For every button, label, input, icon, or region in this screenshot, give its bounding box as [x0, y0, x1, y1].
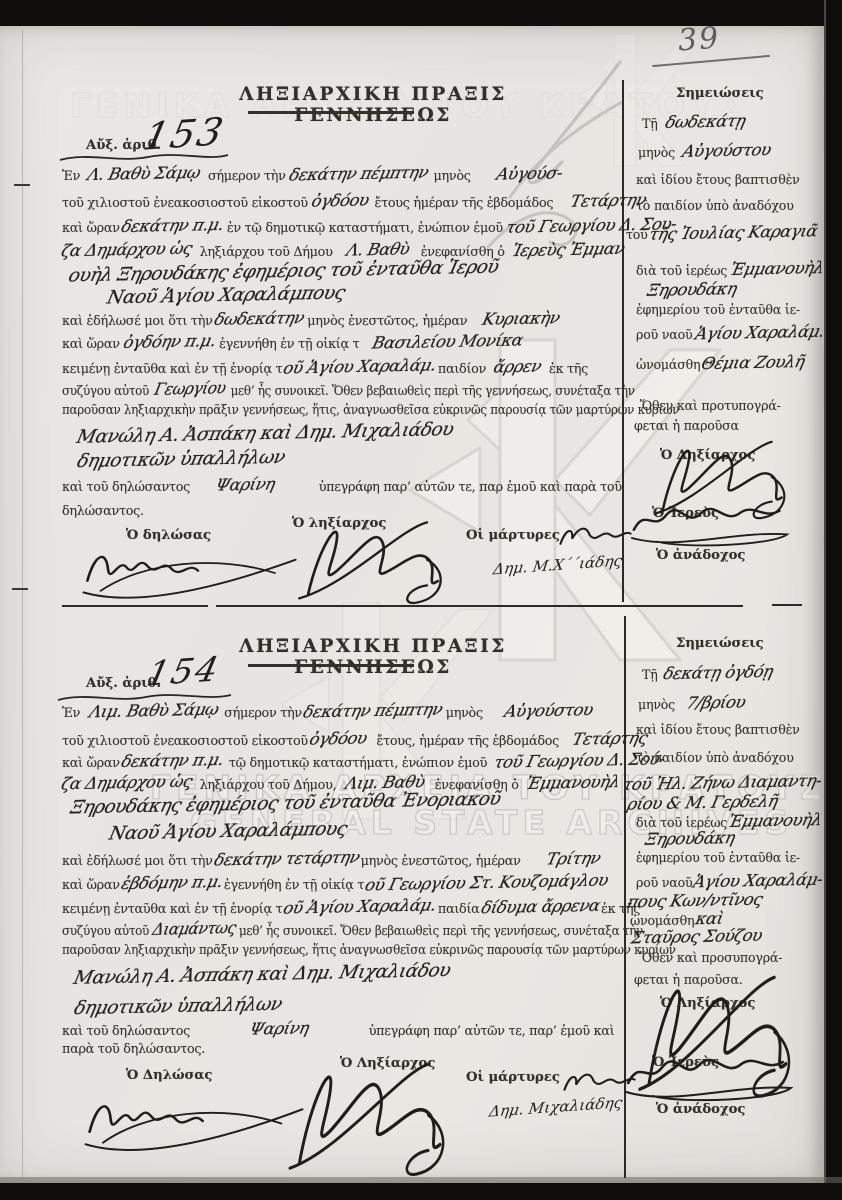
- printed-text: παρὰ τοῦ δηλώσαντος.: [62, 1042, 205, 1057]
- handwritten-text: δημοτικῶν ὑπαλλήλων: [72, 994, 284, 1019]
- notes-line: ἐφημερίου τοῦ ἐνταῦθα ἱε-: [636, 850, 800, 865]
- handwritten-text: Ναοῦ Ἁγίου Χαραλάμπους: [105, 283, 347, 309]
- handwritten-text: Ἁγίου Χαραλάμ.: [694, 322, 827, 344]
- serial-underline-squiggle: [56, 690, 236, 706]
- printed-text: ροῦ ναοῦ: [636, 875, 692, 890]
- handwritten-text: Κυριακὴν: [481, 308, 562, 329]
- pencil-page-number: 39: [677, 21, 722, 59]
- handwritten-text: Ψαρίνη: [248, 1018, 311, 1038]
- declarant-label: Ὁ Δηλώσας: [126, 1068, 212, 1083]
- printed-text: ἐκ τῆς: [549, 362, 588, 377]
- handwritten-text: Σταῦρος Σούζου: [630, 926, 765, 948]
- printed-text: μηνὸς ἐνεστῶτος, ἡμέραν: [307, 314, 467, 329]
- notes-line: Σταῦρος Σούζου: [632, 928, 762, 947]
- handwritten-text: ἑβδόμην π.μ.: [119, 872, 224, 893]
- record-divider-dash: [772, 604, 802, 606]
- handwritten-text: Διαμάντως: [150, 918, 237, 939]
- handwritten-text: Αὐγούστου: [681, 140, 773, 161]
- form-line: Μανώλη Α. Ἀσπάκη καὶ Δημ. Μιχαλιάδου: [78, 424, 638, 445]
- binding-mark: [12, 588, 28, 590]
- handwritten-text: Λ. Βαθὺ Σάμῳ: [86, 163, 203, 184]
- handwritten-text: οῦ Ἁγίου Χαραλάμ.: [282, 355, 439, 377]
- notes-priest-signature: [622, 1048, 797, 1103]
- printed-text: συζύγου αὐτοῦ: [62, 924, 149, 939]
- printed-text: μηνὸς: [638, 697, 675, 712]
- printed-text: τοῦ: [626, 227, 648, 242]
- registrar-signature: [282, 1050, 477, 1180]
- printed-text: διὰ τοῦ ἱερέως: [636, 263, 727, 278]
- printed-text: παροῦσαν ληξιαρχικὴν πρᾶξιν γεννήσεως, ἥ…: [62, 403, 679, 418]
- form-line: κειμένῃ ἐνταῦθα καὶ ἐν τῇ ἐνορίᾳ τοῦ Ἁγί…: [62, 358, 622, 377]
- printed-text: σήμερον τὴν: [208, 169, 286, 184]
- printed-text: ληξιάρχου τοῦ Δήμου,: [200, 778, 337, 793]
- handwritten-text: τῆς Ἰουλίας Καραγιᾶ: [647, 221, 819, 243]
- printed-text: καὶ τοῦ δηλώσαντος: [62, 480, 190, 495]
- notes-line: τοῦ Ἠλ. Ζήνω Διαμαντη-: [624, 774, 821, 793]
- notes-line: διὰ τοῦ ἱερέωςἘμμανουὴλ: [636, 260, 824, 279]
- form-line: παροῦσαν ληξιαρχικὴν πρᾶξιν γεννήσεως, ἥ…: [62, 943, 583, 958]
- handwritten-text: Ξηρουδάκη: [644, 828, 737, 849]
- notes-line: καὶ ἰδίου ἔτους βαπτισθὲν: [636, 172, 800, 187]
- notes-godparent-label: Ὁ ἀνάδοχος: [656, 548, 745, 563]
- printed-text: ἐφημερίου τοῦ ἐνταῦθα ἱε-: [636, 302, 800, 317]
- printed-text: καὶ ἐδήλωσέ μοι ὅτι τὴν: [62, 314, 213, 329]
- form-line: συζύγου αὐτοῦΔιαμάντωςμεθ’ ἧς συνοικεῖ. …: [62, 920, 583, 939]
- form-line: τοῦ χιλιοστοῦ ἐνεακοσιοστοῦ εἰκοστοῦὀγδό…: [62, 730, 622, 749]
- handwritten-text: Ξηρουδάκης ἐφημέριος τοῦ ἐνταῦθα Ἐνοριακ…: [69, 789, 503, 819]
- handwritten-text: δεκάτην π.μ.: [119, 750, 225, 771]
- printed-text: καὶ ἐδήλωσέ μοι ὅτι τὴν: [62, 854, 213, 869]
- notes-line: ροῦ ναοῦἉγίου Χαραλάμ-: [636, 872, 823, 891]
- handwritten-text: ὀγδόου: [308, 728, 369, 748]
- printed-text: καὶ ἰδίου ἔτους βαπτισθὲν: [636, 172, 800, 187]
- handwritten-text: δεκάτῃ ὀγδόῃ: [661, 662, 774, 683]
- notes-line: μηνὸςΑὐγούστου: [638, 142, 771, 161]
- printed-text: καὶ ὥραν: [62, 337, 120, 352]
- handwritten-text: ουὴλ Ξηρουδάκης ἐφημέριος τοῦ ἐνταῦθα Ἱε…: [67, 257, 501, 287]
- form-line: καὶ ὥρανὀγδόην π.μ.ἐγεννήθη ἐν τῇ οἰκίᾳ …: [62, 333, 622, 352]
- printed-text: καὶ ἰδίου ἔτους βαπτισθὲν: [636, 722, 800, 737]
- printed-text: ὑπεγράφη παρ’ αὐτῶν τε, παρ’ ἐμοῦ καὶ: [369, 1024, 615, 1039]
- record-title: ΛΗΞΙΑΡΧΙΚΗ ΠΡΑΞΙΣ ΓΕΝΝΗΣΕΩΣ: [188, 84, 558, 126]
- printed-text: δηλώσαντος.: [62, 504, 144, 519]
- notes-line: πους Κων/ντῖνος: [628, 892, 762, 911]
- handwritten-text: Τρίτην: [544, 848, 602, 868]
- handwritten-text: 7/βρίου: [685, 692, 748, 712]
- printed-text: σήμερον τὴν: [224, 706, 302, 721]
- form-line: ζα Δημάρχου ὡςληξιάρχου τοῦ Δήμου,Λιμ. Β…: [62, 774, 622, 793]
- form-line: καὶ τοῦ δηλώσαντοςΨαρίνηὑπεγράφη παρ’ αὐ…: [62, 1020, 622, 1039]
- printed-text: Ἐν: [62, 169, 80, 184]
- printed-text: καὶ τοῦ δηλώσαντος: [62, 1024, 190, 1039]
- notes-line: μηνὸς7/βρίου: [638, 694, 745, 713]
- form-line: Μανώλη Α. Ἀσπάκη καὶ Δημ. Μιχαλιάδου: [75, 965, 635, 986]
- page-fold-line: [22, 30, 23, 1180]
- notes-priest-signature: [628, 498, 793, 548]
- scan-border-bottom: [0, 1183, 842, 1200]
- handwritten-text: Μανώλη Α. Ἀσπάκη καὶ Δημ. Μιχαλιάδου: [72, 960, 453, 989]
- notes-line: τοῦτῆς Ἰουλίας Καραγιᾶ: [626, 224, 817, 243]
- witness-signature: [556, 520, 636, 554]
- form-line: καὶ ἐδήλωσέ μοι ὅτι τὴνδωδεκάτηνμηνὸς ἐν…: [62, 310, 622, 329]
- form-line: καὶ ὥρανἑβδόμην π.μ.ἐγεννήθη ἐν τῇ οἰκίᾳ…: [62, 874, 622, 893]
- printed-text: μεθ’ ἧς συνοικεῖ. Ὅθεν βεβαιωθεὶς περὶ τ…: [239, 924, 643, 939]
- printed-text: ἔτους, ἡμέραν τῆς ἑβδομάδος: [377, 734, 559, 749]
- notes-title: Σημειώσεις: [676, 86, 764, 101]
- handwritten-text: δεκάτην τετάρτην: [212, 847, 361, 869]
- handwritten-text: Αὐγούστου: [502, 700, 594, 721]
- handwritten-text: Ξηρουδάκη: [646, 279, 739, 300]
- printed-text: τὸ παιδίον ὑπὸ ἀναδόχου: [636, 750, 794, 765]
- notes-line: Ξηρουδάκη: [648, 281, 736, 300]
- printed-text: Τῇ: [642, 667, 658, 682]
- handwritten-text: Γεωργίου: [152, 378, 227, 399]
- printed-text: μηνὸς: [446, 706, 483, 721]
- form-line: Ναοῦ Ἁγίου Χαραλάμπους: [92, 822, 652, 843]
- printed-text: ὑπεγράφη παρ’ αὐτῶν τε, παρ ἐμοῦ καὶ παρ…: [319, 480, 622, 495]
- handwritten-text: Αὐγούσ-: [494, 163, 564, 183]
- printed-text: Ὅθεν καὶ προτυπογρά-: [640, 398, 781, 413]
- printed-text: ἔτους ἡμέραν τῆς ἑβδομάδος: [375, 196, 554, 211]
- printed-text: κειμένῃ ἐνταῦθα καὶ ἐν τῇ ἐνορίᾳ τ: [62, 902, 282, 917]
- printed-text: τοῦ χιλιοστοῦ ἐνεακοσιοστοῦ εἰκοστοῦ: [62, 196, 308, 211]
- printed-text: φεται ἡ παροῦσα: [634, 418, 739, 433]
- title-underline: [248, 664, 414, 667]
- form-line: δημοτικῶν ὑπαλλήλων: [78, 450, 638, 471]
- notes-line: Ξηρουδάκη: [646, 830, 734, 849]
- handwritten-text: ὀγδόην π.μ.: [121, 331, 217, 352]
- printed-text: παροῦσαν ληξιαρχικὴν πρᾶξιν γεννήσεως, ἥ…: [62, 943, 676, 958]
- printed-text: ἐν τῷ δημοτικῷ καταστήματι, ἐνώπιον ἐμοῦ: [227, 221, 503, 236]
- handwritten-text: δεκάτην πέμπτην: [287, 163, 430, 185]
- handwritten-text: δεκάτην πέμπτην: [301, 700, 444, 722]
- handwritten-text: Μανώλη Α. Ἀσπάκη καὶ Δημ. Μιχαλιάδου: [75, 419, 456, 448]
- declarant-signature: [78, 538, 303, 608]
- printed-text: συζύγου αὐτοῦ: [62, 384, 149, 399]
- handwritten-text: Ἱερεὺς Ἐμμαν: [510, 239, 626, 260]
- registrar-signature: [292, 512, 472, 607]
- form-line: καὶ τοῦ δηλώσαντοςΨαρίνηὑπεγράφη παρ’ αὐ…: [62, 476, 622, 495]
- printed-text: μηνὸς: [434, 169, 471, 184]
- notes-line: Τῇδωδεκάτῃ: [642, 113, 745, 132]
- handwritten-text: τοῦ Ἠλ. Ζήνω Διαμαντη-: [621, 771, 823, 794]
- form-line: Ναοῦ Ἁγίου Χαραλάμπους: [90, 286, 650, 307]
- printed-text: κειμένῃ ἐνταῦθα καὶ ἐν τῇ ἐνορίᾳ τ: [62, 362, 282, 377]
- notes-line: καὶ ἰδίου ἔτους βαπτισθὲν: [636, 722, 800, 737]
- handwritten-text: πους Κων/ντῖνος: [625, 890, 764, 912]
- title-underline: [248, 111, 414, 114]
- form-line: δημοτικῶν ὑπαλλήλων: [75, 997, 635, 1018]
- serial-underline-squiggle: [58, 150, 233, 166]
- form-line: καὶ ὥρανδεκάτην π.μ.τῷ δημοτικῷ καταστήμ…: [62, 752, 622, 771]
- printed-text: μηνὸς: [638, 145, 675, 160]
- handwritten-text: Λ. Βαθὺ: [344, 239, 411, 259]
- declarant-signature: [80, 1086, 310, 1161]
- printed-text: παιδία: [438, 902, 480, 917]
- handwritten-text: ἄρρεν: [492, 357, 544, 377]
- printed-text: μεθ’ ἧς συνοικεῖ. Ὅθεν βεβαιωθεὶς περὶ τ…: [231, 384, 635, 399]
- printed-text: καὶ ὥραν: [62, 756, 120, 771]
- serial-number: 154: [143, 650, 224, 695]
- handwritten-text: Ἐμμανουὴλ: [524, 772, 621, 793]
- handwritten-text: ζα Δημάρχου ὡς: [60, 239, 195, 261]
- printed-text: τοῦ χιλιοστοῦ ἐνεακοσιοστοῦ εἰκοστοῦ: [62, 734, 308, 749]
- form-line: Ξηρουδάκης ἐφημέριος τοῦ ἐνταῦθα Ἐνοριακ…: [72, 794, 632, 815]
- notes-line: ὠνομάσθηΘέμια Ζουλῆ: [636, 354, 805, 373]
- printed-text: τῷ δημοτικῷ καταστήματι, ἐνώπιον ἐμοῦ: [229, 756, 487, 771]
- scan-border-right: [824, 0, 842, 1200]
- handwritten-text: Ψαρίνη: [214, 474, 277, 494]
- form-line: ζα Δημάρχου ὡςληξιάρχου τοῦ ΔήμουΛ. Βαθὺ…: [62, 241, 622, 260]
- handwritten-text: δωδεκάτην: [212, 308, 305, 329]
- notes-line: ρίου & Μ. Γερδελῆ: [628, 794, 777, 813]
- notes-line: τὸ παιδίον ὑπὸ ἀναδόχου: [636, 198, 794, 213]
- handwritten-text: ζα Δημάρχου ὡς: [60, 772, 195, 794]
- handwritten-text: δωδεκάτῃ: [663, 111, 747, 132]
- notes-line: Ὅθεν καὶ προτυπογρά-: [640, 398, 781, 413]
- printed-text: παιδίον: [438, 362, 486, 377]
- handwritten-text: οῦ Ἁγίου Χαραλάμ.: [282, 895, 439, 917]
- printed-text: τὸ παιδίον ὑπὸ ἀναδόχου: [636, 198, 794, 213]
- printed-text: Ἐν: [62, 706, 80, 721]
- form-line: καὶ ὥρανδεκάτην π.μ.ἐν τῷ δημοτικῷ κατασ…: [62, 217, 622, 236]
- form-line: ουὴλ Ξηρουδάκης ἐφημέριος τοῦ ἐνταῦθα Ἱε…: [70, 262, 630, 283]
- handwritten-text: δίδυμα ἄρρενα: [479, 896, 601, 917]
- printed-text: ἐγεννήθη ἐν τῇ οἰκίᾳ τ: [224, 878, 364, 893]
- form-line: τοῦ χιλιοστοῦ ἐνεακοσιοστοῦ εἰκοστοῦὀγδό…: [62, 192, 622, 211]
- scanned-registry-page: ΓΕΝΙΚΑ ΑΡΧΕΙΑ ΤΟΥ ΚΡΑΤΟΥΣ GENERAL STATE …: [0, 0, 842, 1200]
- notes-line: ροῦ ναοῦἉγίου Χαραλάμ.: [636, 324, 824, 343]
- handwritten-text: Βασιλείου Μονίκα: [371, 330, 525, 352]
- notes-line: Τῇδεκάτῃ ὀγδόῃ: [642, 664, 772, 683]
- handwritten-text: δεκάτην π.μ.: [119, 215, 225, 236]
- printed-text: ληξιάρχου τοῦ Δήμου: [200, 245, 333, 260]
- handwritten-text: Ἐμμανουὴλ: [727, 810, 824, 831]
- binding-mark: [14, 184, 30, 186]
- notes-line: φεται ἡ παροῦσα: [634, 418, 739, 433]
- printed-text: ὠνομάσθη: [636, 357, 700, 372]
- printed-text: καὶ ὥραν: [62, 878, 120, 893]
- form-line: ἘνΛ. Βαθὺ Σάμῳσήμερον τὴνδεκάτην πέμπτην…: [62, 165, 622, 184]
- witnesses-label: Οἱ μάρτυρες: [466, 528, 560, 543]
- notes-line: ἐφημερίου τοῦ ἐνταῦθα ἱε-: [636, 302, 800, 317]
- notes-godparent-label: Ὁ ἀνάδοχος: [656, 1102, 745, 1117]
- printed-text: Τῇ: [642, 116, 658, 131]
- witnesses-label: Οἱ μάρτυρες: [466, 1070, 560, 1085]
- handwritten-text: ὀγδόου: [310, 190, 371, 210]
- handwritten-text: δημοτικῶν ὑπαλλήλων: [75, 447, 287, 472]
- printed-text: μηνὸς ἐνεστῶτος, ἡμέραν: [361, 854, 521, 869]
- form-line: κειμένῃ ἐνταῦθα καὶ ἐν τῇ ἐνορίᾳ τοῦ Ἁγί…: [62, 898, 622, 917]
- printed-text: ἐγεννήθη ἐν τῇ οἰκίᾳ τ: [219, 337, 359, 352]
- handwritten-text: ρίου & Μ. Γερδελῆ: [625, 791, 779, 813]
- form-line: συζύγου αὐτοῦΓεωργίουμεθ’ ἧς συνοικεῖ. Ὅ…: [62, 380, 583, 399]
- printed-text: ὠνομάσθη: [630, 913, 694, 928]
- form-line: παροῦσαν ληξιαρχικὴν πρᾶξιν γεννήσεως, ἥ…: [62, 403, 583, 418]
- handwritten-text: οῦ Γεωργίου Στ. Κουζομάγλου: [363, 870, 610, 894]
- handwritten-text: Ἐμμανουὴλ: [729, 258, 826, 279]
- handwritten-text: Θέμια Ζουλῆ: [700, 352, 807, 373]
- handwritten-text: καὶ: [694, 909, 725, 929]
- printed-text: ροῦ ναοῦ: [636, 327, 692, 342]
- notes-line: τὸ παιδίον ὑπὸ ἀναδόχου: [636, 750, 794, 765]
- printed-text: ἐφημερίου τοῦ ἐνταῦθα ἱε-: [636, 850, 800, 865]
- handwritten-text: Ναοῦ Ἁγίου Χαραλάμπους: [107, 819, 349, 845]
- notes-title: Σημειώσεις: [676, 636, 764, 651]
- handwritten-text: Ἁγίου Χαραλάμ-: [692, 870, 825, 892]
- printed-text: καὶ ὥραν: [62, 221, 120, 236]
- form-line: καὶ ἐδήλωσέ μοι ὅτι τὴνδεκάτην τετάρτηνμ…: [62, 850, 622, 869]
- record-title: ΛΗΞΙΑΡΧΙΚΗ ΠΡΑΞΙΣ ΓΕΝΝΗΣΕΩΣ: [188, 636, 558, 678]
